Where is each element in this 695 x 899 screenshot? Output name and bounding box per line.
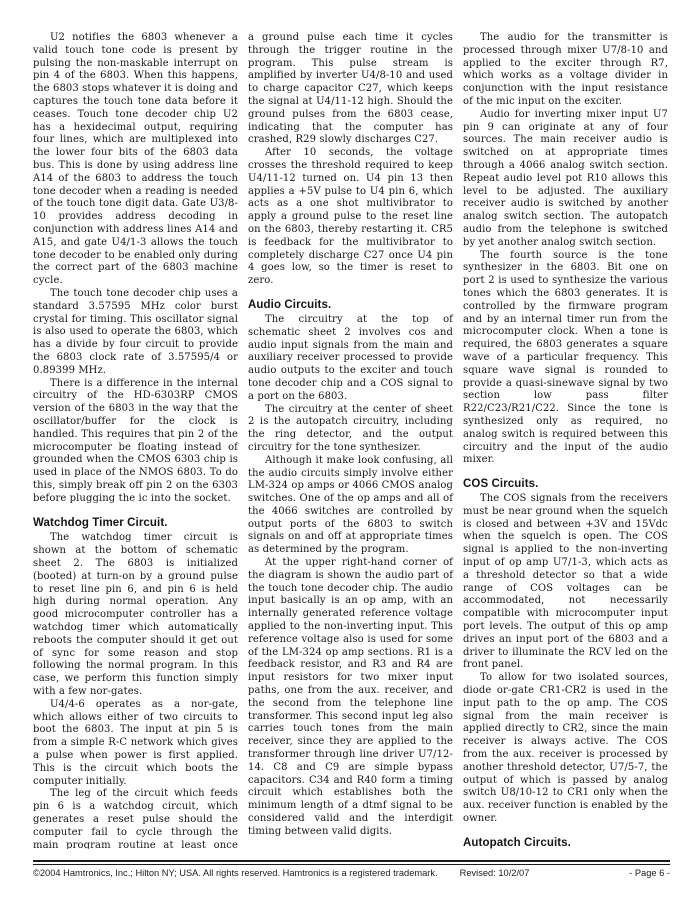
paragraph: The touch tone decoder chip uses a stand… [33, 288, 238, 378]
text-column-3: The audio for the transmitter is process… [463, 32, 668, 849]
paragraph: The leg of the circuit which feeds pin 6… [33, 788, 238, 849]
paragraph: The circuitry at the top of schematic sh… [248, 314, 453, 404]
paragraph: The watchdog timer circuit is shown at t… [33, 532, 238, 698]
paragraph: Although it make look confusing, all the… [248, 455, 453, 557]
section-heading-autopatch: Autopatch Circuits. [463, 836, 668, 849]
paragraph: To allow for two isolated sources, diode… [463, 672, 668, 826]
section-heading-watchdog: Watchdog Timer Circuit. [33, 516, 238, 530]
paragraph: After 10 seconds, the voltage crosses th… [248, 147, 453, 288]
paragraph: The fourth source is the tone synthesize… [463, 250, 668, 468]
section-heading-audio: Audio Circuits. [248, 298, 453, 312]
document-page: U2 notifies the 6803 whenever a valid to… [0, 0, 695, 899]
text-column-2: a ground pulse each time it cycles throu… [248, 32, 453, 849]
section-heading-cos: COS Circuits. [463, 477, 668, 491]
footer-text-row: ©2004 Hamtronics, Inc.; Hilton NY; USA. … [33, 868, 670, 878]
copyright-text: ©2004 Hamtronics, Inc.; Hilton NY; USA. … [33, 868, 438, 878]
text-column-1: U2 notifies the 6803 whenever a valid to… [33, 32, 238, 849]
paragraph: a ground pulse each time it cycles throu… [248, 32, 453, 147]
paragraph: There is a difference in the internal ci… [33, 378, 238, 506]
page-body: U2 notifies the 6803 whenever a valid to… [33, 32, 668, 849]
footer-rule [33, 860, 670, 865]
paragraph: U4/4-6 operates as a nor-gate, which all… [33, 699, 238, 789]
paragraph: The COS signals from the receivers must … [463, 493, 668, 672]
revision-date: Revised: 10/2/07 [460, 868, 530, 878]
paragraph: At the upper right-hand corner of the di… [248, 557, 453, 839]
paragraph: Audio for inverting mixer input U7 pin 9… [463, 109, 668, 250]
paragraph: The circuitry at the center of sheet 2 i… [248, 404, 453, 455]
page-footer: ©2004 Hamtronics, Inc.; Hilton NY; USA. … [33, 860, 670, 878]
page-number: - Page 6 - [629, 868, 670, 878]
paragraph: The audio for the transmitter is process… [463, 32, 668, 109]
paragraph: U2 notifies the 6803 whenever a valid to… [33, 32, 238, 288]
